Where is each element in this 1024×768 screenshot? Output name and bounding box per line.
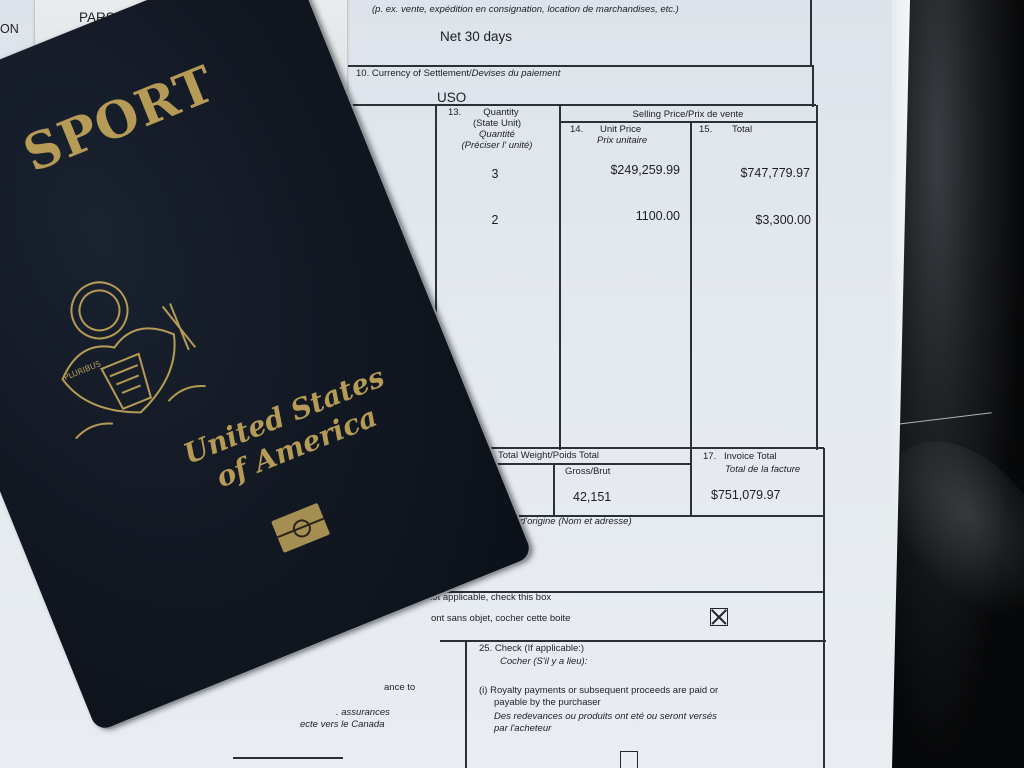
rule: [559, 121, 816, 123]
currency-label-en: 10. Currency of Settlement/: [356, 68, 472, 79]
quantity-label-fr-unit: (Préciser l' unité): [444, 140, 550, 151]
svg-text:PLURIBUS: PLURIBUS: [63, 359, 103, 382]
left-bottom-line2: . assurances: [336, 707, 390, 718]
terms-label-fr: (p. ex. vente, expédition en consignatio…: [372, 4, 679, 15]
row2-unit-price: 1100.00: [570, 209, 680, 223]
rule: [465, 640, 467, 768]
check25-item-en1: (i) Royalty payments or subsequent proce…: [479, 685, 718, 696]
check25-item-fr2: par l'acheteur: [494, 723, 551, 734]
row1-quantity: 3: [470, 167, 520, 181]
check25-item-fr1: Des redevances ou produits ont eté ou se…: [494, 711, 717, 722]
check25-item-en2: payable by the purchaser: [494, 697, 601, 708]
row1-total: $747,779.97: [700, 166, 810, 180]
quantity-label-fr: Quantité: [444, 129, 550, 140]
row2-total: $3,300.00: [700, 213, 811, 227]
currency-value: USO: [437, 90, 466, 105]
invoice-total-label-fr: Total de la facture: [725, 464, 800, 475]
invoice-total-value: $751,079.97: [711, 488, 781, 502]
rule: [690, 122, 692, 517]
row1-unit-price: $249,259.99: [570, 163, 680, 177]
rule: [823, 448, 825, 768]
weight-label: Total Weight/Poids Total: [498, 450, 599, 461]
rule: [440, 640, 826, 642]
not-applicable-fr: ont sans objet, cocher cette boite: [431, 613, 570, 624]
selling-price-header: Selling Price/Prix de vente: [560, 109, 816, 120]
rule: [810, 0, 812, 66]
weight-gross-label: Gross/Brut: [565, 466, 610, 477]
cut-off-heading: ON: [0, 22, 19, 36]
rule: [553, 463, 555, 515]
total-num: 15.: [699, 124, 712, 135]
unit-price-header-fr: Prix unitaire: [597, 135, 647, 146]
check25-title-fr: Cocher (S'il y a lieu):: [500, 656, 587, 667]
unit-price-num: 14.: [570, 124, 583, 135]
quantity-label-en: Quantity: [448, 107, 554, 118]
rule: [346, 65, 812, 67]
unit-price-header-en: Unit Price: [600, 124, 641, 135]
weight-gross-value: 42,151: [573, 490, 611, 504]
currency-label: 10. Currency of Settlement/Devises du pa…: [356, 68, 560, 79]
left-bottom-line3: ecte vers le Canada: [300, 719, 385, 730]
passport-title: SPORT: [15, 54, 223, 184]
rule: [812, 65, 814, 107]
document-photo: ON (p. ex. vente, expédition en consigna…: [0, 0, 1024, 768]
terms-value: Net 30 days: [440, 29, 512, 44]
biometric-chip-icon: [271, 503, 330, 553]
rule: [816, 105, 818, 450]
row2-quantity: 2: [470, 213, 520, 227]
not-applicable-checkbox[interactable]: [710, 608, 728, 626]
invoice-total-label-en: Invoice Total: [724, 451, 777, 462]
check25-title-en: 25. Check (If applicable:): [479, 643, 584, 654]
left-bottom-line1: ance to: [384, 682, 415, 693]
total-header: Total: [732, 124, 752, 135]
rule: [559, 105, 561, 450]
currency-label-fr: Devises du paiement: [472, 68, 561, 79]
rule: [233, 757, 343, 759]
royalty-checkbox[interactable]: [620, 751, 638, 768]
quantity-label-unit: (State Unit): [444, 118, 550, 129]
invoice-total-num: 17.: [703, 451, 716, 462]
not-applicable-en: not applicable, check this box: [427, 592, 551, 603]
